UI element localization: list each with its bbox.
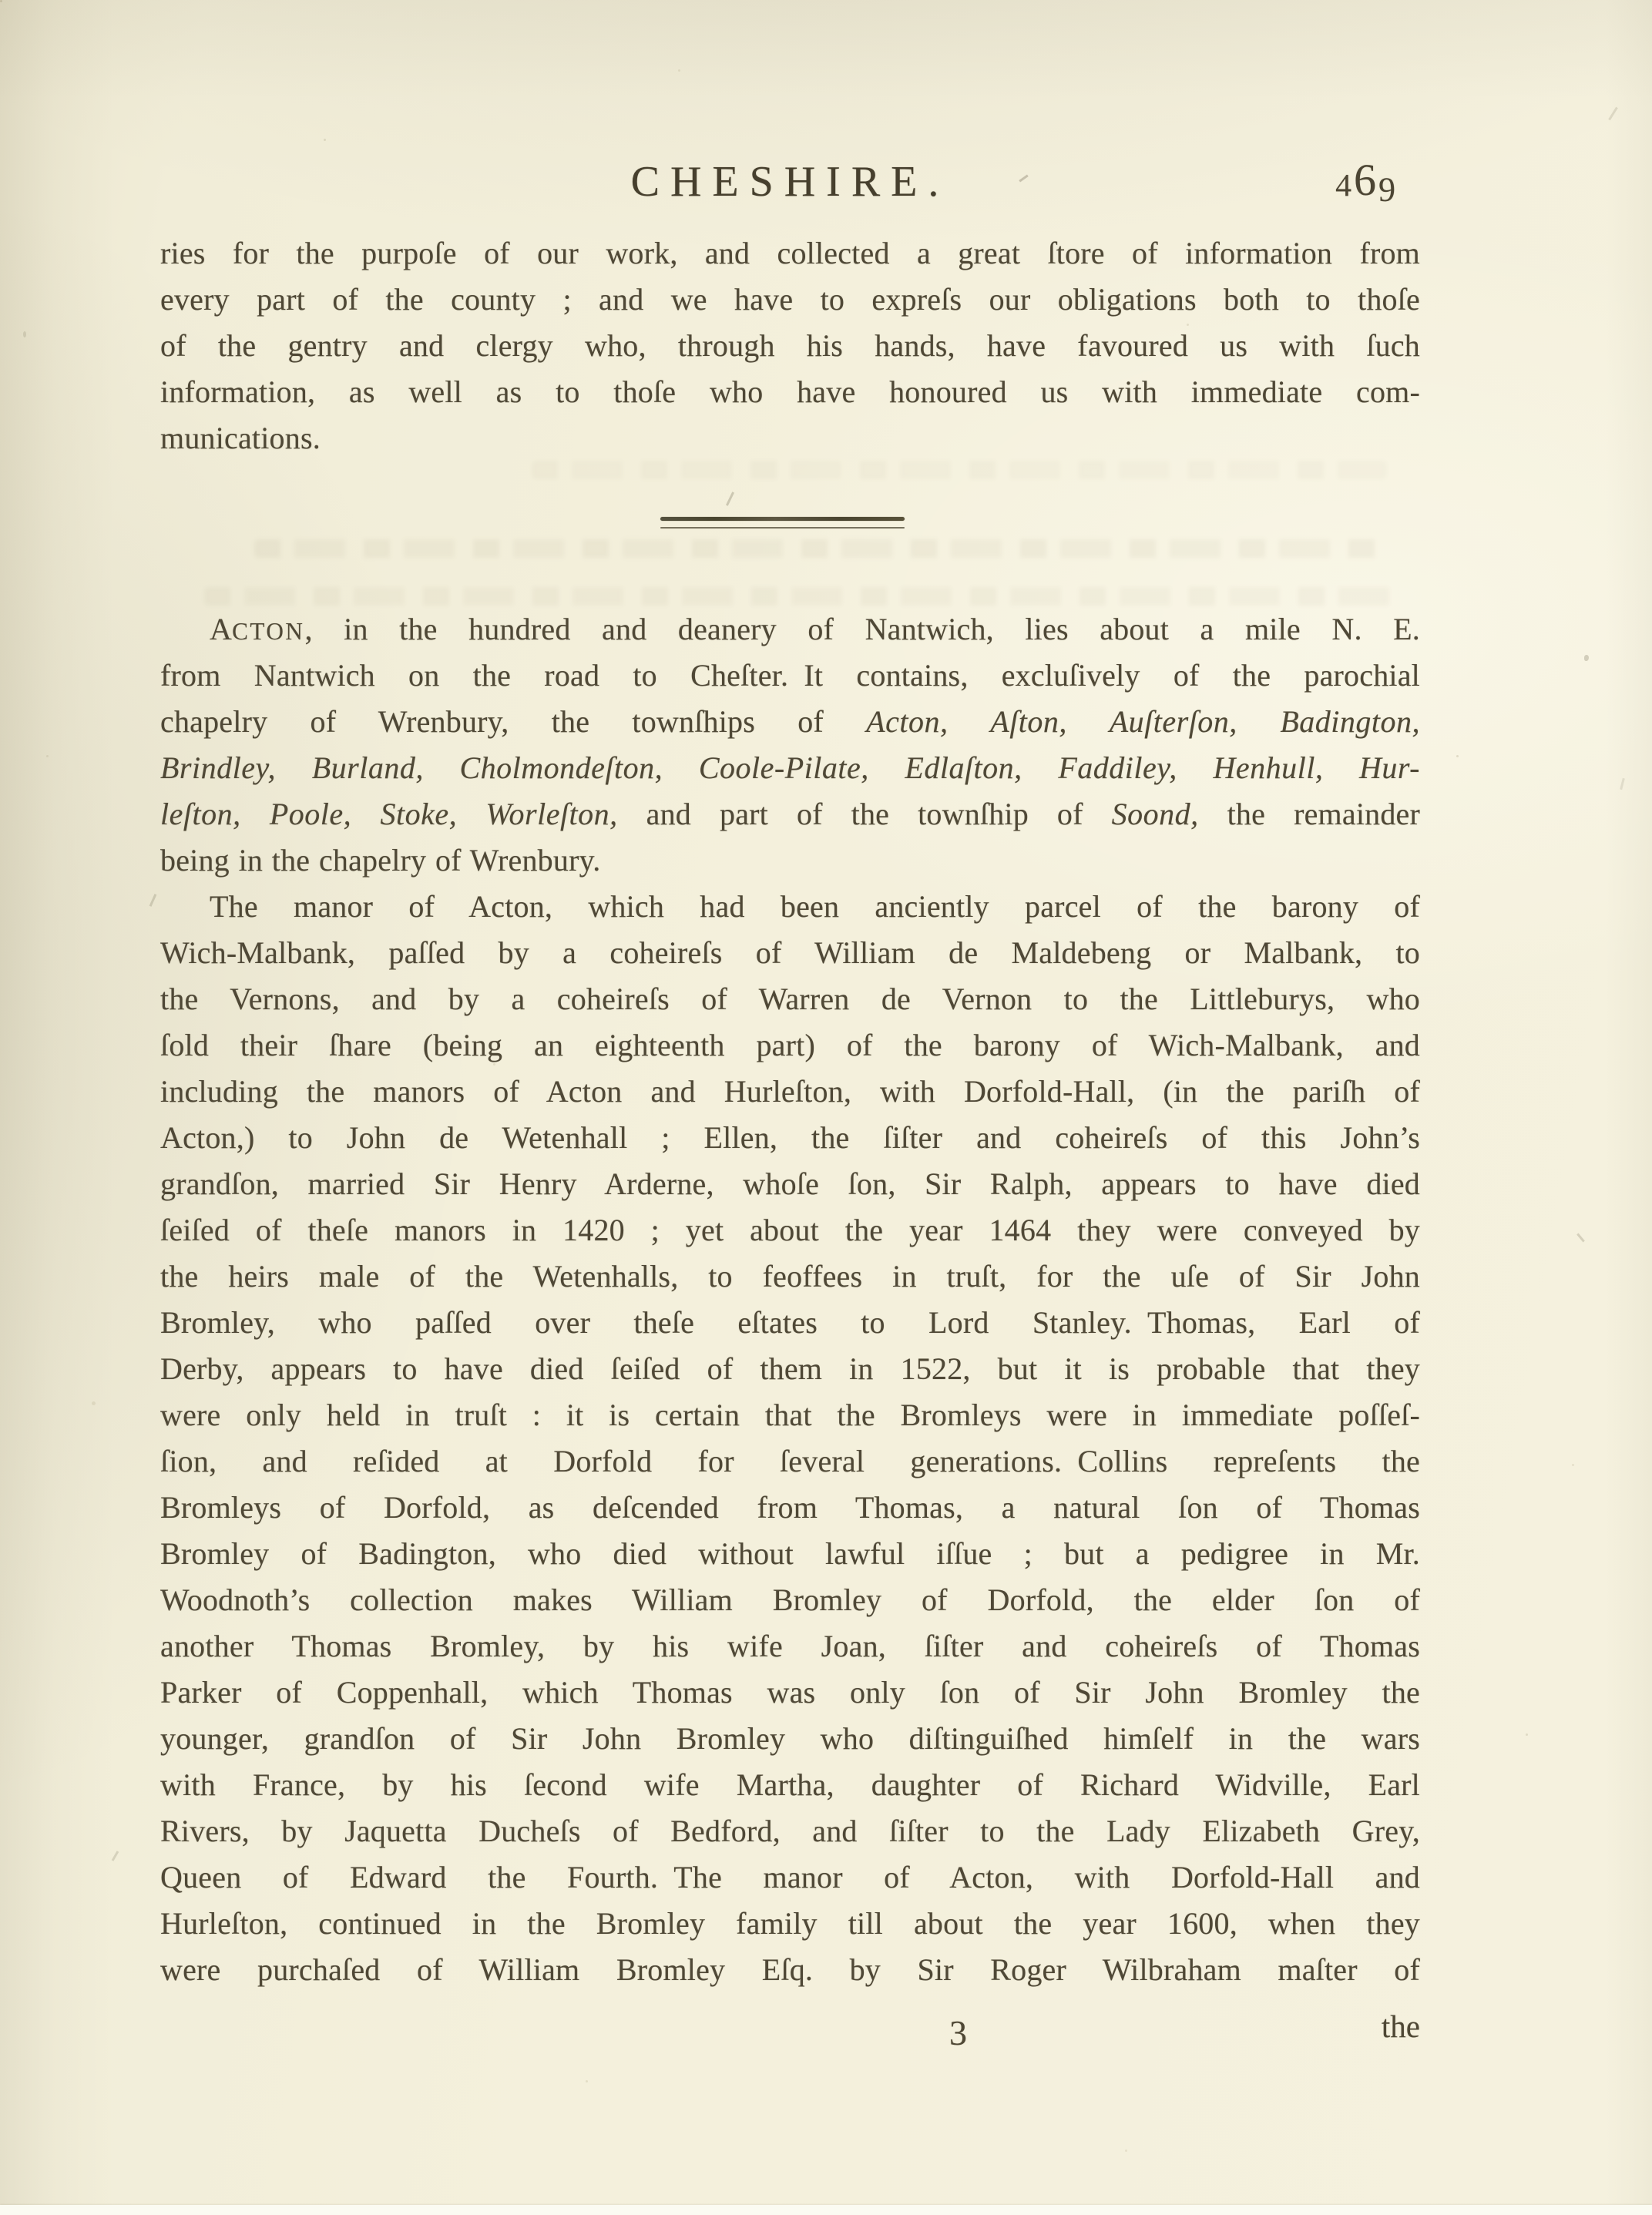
- plain-text: from Nantwich on the road to Cheſter. It…: [160, 658, 1420, 693]
- text-line: Parker of Coppenhall, which Thomas was o…: [160, 1670, 1420, 1716]
- plain-text: and part of the townſhip of: [618, 797, 1112, 831]
- plain-text: Woodnoth’s collection makes William Brom…: [160, 1582, 1420, 1617]
- paper-texture: [0, 0, 2, 2]
- italic-text: Brindley, Burland, Cholmondeſton, Coole-…: [160, 750, 1420, 785]
- plain-text: being in the chapelry of Wrenbury.: [160, 843, 600, 878]
- text-line: Bromley of Badington, who died without l…: [160, 1531, 1420, 1577]
- text-line: Bromley, who paſſed over theſe eſtates t…: [160, 1300, 1420, 1346]
- ink-speck: [149, 894, 157, 907]
- text-line: the Vernons, and by a coheireſs of Warre…: [160, 976, 1420, 1022]
- page-title: CHESHIRE.: [631, 158, 950, 206]
- plain-text: ſeiſed of theſe manors in 1420 ; yet abo…: [160, 1213, 1420, 1247]
- ink-speck: [23, 331, 26, 337]
- plain-text: Hurleſton, continued in the Bromley fami…: [160, 1906, 1420, 1941]
- paragraph: The manor of Acton, which had been ancie…: [160, 884, 1420, 1993]
- plain-text: with France, by his ſecond wife Martha, …: [160, 1767, 1420, 1802]
- text-line: being in the chapelry of Wrenbury.: [160, 837, 1420, 884]
- text-line: Bromleys of Dorfold, as deſcended from T…: [160, 1485, 1420, 1531]
- plain-text: The manor of Acton, which had been ancie…: [210, 889, 1420, 924]
- plain-text: chapelry of Wrenbury, the townſhips of: [160, 704, 866, 739]
- plain-text: Bromleys of Dorfold, as deſcended from T…: [160, 1490, 1420, 1525]
- press-figure: 3: [949, 2012, 967, 2053]
- plain-text: were purchaſed of William Bromley Eſq. b…: [160, 1952, 1420, 1987]
- italic-text: Soond,: [1112, 797, 1199, 831]
- scan-edge-strip: [0, 2205, 1652, 2215]
- text-line: grandſon, married Sir Henry Arderne, who…: [160, 1161, 1420, 1207]
- text-line: The manor of Acton, which had been ancie…: [160, 884, 1420, 930]
- plain-text: Rivers, by Jaquetta Ducheſs of Bedford, …: [160, 1814, 1420, 1848]
- plain-text: munications.: [160, 421, 321, 455]
- text-line: including the manors of Acton and Hurleſ…: [160, 1069, 1420, 1115]
- text-line: with France, by his ſecond wife Martha, …: [160, 1762, 1420, 1808]
- text-line: younger, grandſon of Sir John Bromley wh…: [160, 1716, 1420, 1762]
- text-line: ſion, and reſided at Dorfold for ſeveral…: [160, 1438, 1420, 1485]
- text-line: ſeiſed of theſe manors in 1420 ; yet abo…: [160, 1207, 1420, 1253]
- catchword: the: [1382, 2003, 1420, 2049]
- text-line: Hurleſton, continued in the Bromley fami…: [160, 1901, 1420, 1947]
- plain-text: ries for the purpoſe of our work, and co…: [160, 236, 1420, 270]
- plain-text: Derby, appears to have died ſeiſed of th…: [160, 1351, 1420, 1386]
- bleedthrough-ghost: [204, 587, 1391, 606]
- plain-text: Acton,) to John de Wetenhall ; Ellen, th…: [160, 1120, 1420, 1155]
- plain-text: , in the hundred and deanery of Nantwich…: [304, 612, 1420, 646]
- text-line: were only held in truſt : it is certain …: [160, 1392, 1420, 1438]
- text-line: Woodnoth’s collection makes William Brom…: [160, 1577, 1420, 1623]
- text-line: the heirs male of the Wetenhalls, to feo…: [160, 1253, 1420, 1300]
- plain-text: the Vernons, and by a coheireſs of Warre…: [160, 982, 1420, 1016]
- plain-text: information, as well as to thoſe who hav…: [160, 374, 1420, 409]
- ink-speck: [1576, 1233, 1585, 1243]
- ink-speck: [112, 1851, 119, 1861]
- text-line: Brindley, Burland, Cholmondeſton, Coole-…: [160, 745, 1420, 791]
- plain-text: another Thomas Bromley, by his wife Joan…: [160, 1629, 1420, 1663]
- text-line: Derby, appears to have died ſeiſed of th…: [160, 1346, 1420, 1392]
- text-line: Acton, in the hundred and deanery of Nan…: [160, 606, 1420, 653]
- ink-speck: [1584, 655, 1589, 661]
- italic-text: leſton, Poole, Stoke, Worleſton,: [160, 797, 618, 831]
- smallcaps-text: cton: [232, 618, 304, 645]
- plain-text: Queen of Edward the Fourth. The manor of…: [160, 1860, 1420, 1894]
- text-line: Acton,) to John de Wetenhall ; Ellen, th…: [160, 1115, 1420, 1161]
- bleedthrough-ghost: [254, 539, 1387, 558]
- bleedthrough-ghost: [532, 461, 1387, 479]
- plain-text: ſold their ſhare (being an eighteenth pa…: [160, 1028, 1420, 1062]
- plain-text: were only held in truſt : it is certain …: [160, 1398, 1420, 1432]
- plain-text: ſion, and reſided at Dorfold for ſeveral…: [160, 1444, 1420, 1478]
- plain-text: Parker of Coppenhall, which Thomas was o…: [160, 1675, 1420, 1710]
- text-line: Queen of Edward the Fourth. The manor of…: [160, 1854, 1420, 1901]
- plain-text: the heirs male of the Wetenhalls, to feo…: [160, 1259, 1420, 1294]
- text-line: from Nantwich on the road to Cheſter. It…: [160, 653, 1420, 699]
- text-line: another Thomas Bromley, by his wife Joan…: [160, 1623, 1420, 1670]
- plain-text: the remainder: [1199, 797, 1420, 831]
- text-line: of the gentry and clergy who, through hi…: [160, 323, 1420, 369]
- paragraph: ries for the purpoſe of our work, and co…: [160, 230, 1420, 461]
- plain-text: Wich-Malbank, paſſed by a coheireſs of W…: [160, 935, 1420, 970]
- text-line: munications.: [160, 415, 1420, 461]
- plain-text: Bromley, who paſſed over theſe eſtates t…: [160, 1305, 1420, 1340]
- ink-speck: [1608, 107, 1618, 121]
- text-line: were purchaſed of William Bromley Eſq. b…: [160, 1947, 1420, 1993]
- text-line: information, as well as to thoſe who hav…: [160, 369, 1420, 415]
- ink-speck: [1620, 778, 1625, 790]
- plain-text: younger, grandſon of Sir John Bromley wh…: [160, 1721, 1420, 1756]
- text-line: ries for the purpoſe of our work, and co…: [160, 230, 1420, 277]
- plain-text: Bromley of Badington, who died without l…: [160, 1536, 1420, 1571]
- text-line: Wich-Malbank, paſſed by a coheireſs of W…: [160, 930, 1420, 976]
- text-line: ſold their ſhare (being an eighteenth pa…: [160, 1022, 1420, 1069]
- plain-text: of the gentry and clergy who, through hi…: [160, 328, 1420, 363]
- plain-text: including the manors of Acton and Hurleſ…: [160, 1074, 1420, 1109]
- text-line: chapelry of Wrenbury, the townſhips of A…: [160, 699, 1420, 745]
- running-header: CHESHIRE.: [160, 157, 1420, 206]
- plain-text: A: [210, 612, 232, 646]
- text-line: Rivers, by Jaquetta Ducheſs of Bedford, …: [160, 1808, 1420, 1854]
- plain-text: every part of the county ; and we have t…: [160, 282, 1420, 317]
- plain-text: grandſon, married Sir Henry Arderne, who…: [160, 1166, 1420, 1201]
- text-line: every part of the county ; and we have t…: [160, 277, 1420, 323]
- text-block: ries for the purpoſe of our work, and co…: [160, 230, 1420, 1993]
- paragraph: Acton, in the hundred and deanery of Nan…: [160, 606, 1420, 884]
- page-number: 469: [1335, 154, 1398, 206]
- italic-text: Acton, Aſton, Auſterſon, Badington,: [866, 704, 1420, 739]
- book-page-scan: CHESHIRE. 469 ries for the purpoſe of ou…: [0, 0, 1652, 2215]
- text-line: leſton, Poole, Stoke, Worleſton, and par…: [160, 791, 1420, 837]
